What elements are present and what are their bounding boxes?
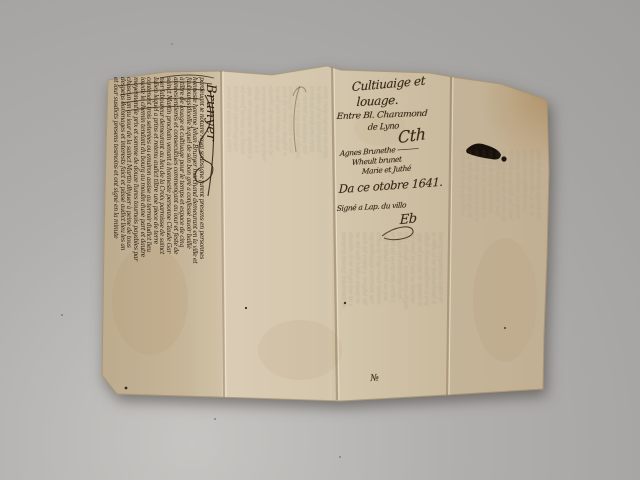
bleedthrough-panel3: tneruf engisbuos layor erte elliv al ne … [337,232,443,384]
bleedthrough-line: qnic ed ecapse te spmet el [415,232,422,384]
paper-speck [125,387,128,390]
bleedthrough-line: suot ed eniep a reuyhd nit [360,232,367,384]
photo-of-manuscript: pardeuant le notaire royal soubsigné fur… [0,0,640,480]
background-speck [214,418,216,420]
bleedthrough-line: sennosrep ne sneserp tner [259,86,266,378]
bleedthrough-line: erret ed eceip enu ertlit t [388,232,395,384]
bleedthrough-line: elliab rioua essefnoc a erg [422,232,429,384]
bleedthrough-line: ed etsef te ruoi ua tnacn [238,86,245,378]
bleedthrough-line: rap selbayap sionruot ser [367,232,374,384]
bleedthrough-line: ud riorret ua essissa nor [300,86,307,378]
bleedthrough-line: etunim al ne engis tno te s [346,232,353,384]
bleedthrough-line: te elliv al ne tnaruemed [314,86,321,378]
paraph-bottom: Eb [399,211,416,228]
illegible-handwriting-line: années entieres et consecutiues commença… [171,77,178,359]
bleedthrough-line: engis tno te sniomset sn [479,150,486,388]
bleedthrough-line: tnaruemed elliv al ne te [527,150,534,388]
folio-mark: № [370,373,379,384]
bleedthrough-line: eceip enu ertlit tcidua [520,150,527,388]
party-line-2: de Lyno [367,121,399,133]
bleedthrough-line: na sel ueil tcidua essap [273,86,280,378]
bleedthrough-line: seruil ezuod ed emmos te [500,150,507,388]
illegible-handwriting-line: et iour susdicts presens tesmoins et ont… [112,77,119,359]
bleedthrough-line: ertua te trap enud niluom [293,86,300,378]
bleedthrough-line: niluom ua gruob ud tnad [506,150,513,388]
bleedthrough-line: erret ed eceip enu ertlit [307,86,314,378]
bleedthrough-line: na sel ueil tcidua essap te [353,232,360,384]
bleedthrough-line: tcnias ed essiorrap xiorC [395,232,402,384]
bleedthrough-line: ed etsef te ruoi ua tnacne [408,232,415,384]
bleedthrough-line: suot ed eniep a reuyhd n [280,86,287,378]
bleedthrough-line: ueil tcidud riorret ua ess [381,232,388,384]
bleedthrough-line: sneserp ne snesrep tneru [472,150,479,388]
signature-text: Brunyer [203,84,218,141]
bleedthrough-line: ertua te trap enud niluom [374,232,381,384]
background-speck [171,43,173,45]
illegible-handwriting-line: iouxte le chemin tendant du bourg au mou… [138,77,145,359]
illegible-handwriting-line: moyennant le prix et somme de douze liur… [131,77,138,359]
bleedthrough-line: nitraM tcnias al ed ruoi [493,150,500,388]
bleedthrough-line: erret ed eceip enu ertlit [226,86,231,378]
bleedthrough-line: essap te tciaf stseretni [486,150,493,388]
bleedthrough-line: raG edualC ennosrep etsen [402,232,409,384]
illegible-handwriting-line: sainct Martin prochain venant à honneste… [164,77,171,359]
bleedthrough-line: sed snad ruop egauol ed [534,150,541,388]
bleedthrough-line: qnic ed ecapse te spmet e [245,86,252,378]
background-speck [61,314,63,316]
bleedthrough-line: essissa noriune uo seere [513,150,520,388]
bleedthrough-panel4: sed snad ruop egauol edtnaruemed elliv a… [453,150,541,388]
bleedthrough-line: tcnias ed essiorrap xior [231,86,238,378]
bleedthrough-line: spmet el ruop egauitluc [458,150,465,388]
bleedthrough-line: snad ruop egauol ed ertlit [321,86,328,378]
bleedthrough-line: etunim al ne engis tno te [266,86,273,378]
title-line-2: louage. [356,93,398,109]
background-speck [339,456,341,458]
bleedthrough-line: tneruf engisbuos layor er [436,232,443,384]
illegible-handwriting-line: despens dommages et interests faict et p… [118,77,125,359]
bleedthrough-panel2: snad ruop egauol ed ertlitte elliv al ne… [226,86,328,378]
signature-block: Brunyer [184,84,218,214]
bleedthrough-line: sneserp tneruf sniomset sn [339,232,346,384]
bleedthrough-line: erg nob nos ed leuqel el [465,150,472,388]
illegible-handwriting-line: Iulien lequel a prins et retenu audict t… [151,77,158,359]
bleedthrough-line: te elliv al ne tnaruemed d [429,232,436,384]
bleedthrough-line: elliab rioua essefnoc a e [252,86,259,378]
bleedthrough-line: selbayap sionruot seruil [287,86,294,378]
